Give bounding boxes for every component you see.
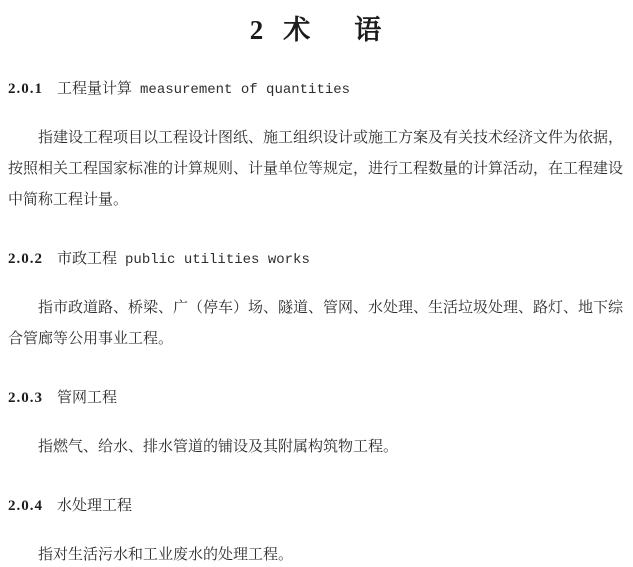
term-chinese: 工程量计算 [57,81,132,97]
section-heading: 2.0.1工程量计算measurement of quantities [8,79,623,100]
term-chinese: 水处理工程 [57,498,132,514]
section-2-0-4: 2.0.4水处理工程 指对生活污水和工业废水的处理工程。 [8,496,623,567]
section-body: 指建设工程项目以工程设计图纸、施工组织设计或施工方案及有关技术经济文件为依据，按… [8,123,623,216]
chapter-title-word-1: 术 [283,15,310,45]
section-number: 2.0.3 [8,390,43,406]
section-2-0-1: 2.0.1工程量计算measurement of quantities 指建设工… [8,79,623,216]
chapter-title-word-2: 语 [354,15,381,45]
section-body: 指市政道路、桥梁、广（停车）场、隧道、管网、水处理、生活垃圾处理、路灯、地下综合… [8,293,623,355]
term-english: public utilities works [125,252,310,268]
term-chinese: 管网工程 [57,390,117,406]
section-number: 2.0.4 [8,498,43,514]
term-english: measurement of quantities [140,82,350,98]
section-heading: 2.0.4水处理工程 [8,496,623,517]
document-page: 2术语 2.0.1工程量计算measurement of quantities … [0,0,633,567]
section-2-0-2: 2.0.2市政工程public utilities works 指市政道路、桥梁… [8,249,623,355]
section-heading: 2.0.3管网工程 [8,388,623,409]
section-body: 指燃气、给水、排水管道的铺设及其附属构筑物工程。 [8,432,623,463]
chapter-title: 2术语 [8,14,623,46]
section-number: 2.0.2 [8,251,43,267]
term-chinese: 市政工程 [57,251,117,267]
section-heading: 2.0.2市政工程public utilities works [8,249,623,270]
chapter-number: 2 [250,15,264,45]
section-body: 指对生活污水和工业废水的处理工程。 [8,540,623,567]
section-2-0-3: 2.0.3管网工程 指燃气、给水、排水管道的铺设及其附属构筑物工程。 [8,388,623,463]
section-number: 2.0.1 [8,81,43,97]
